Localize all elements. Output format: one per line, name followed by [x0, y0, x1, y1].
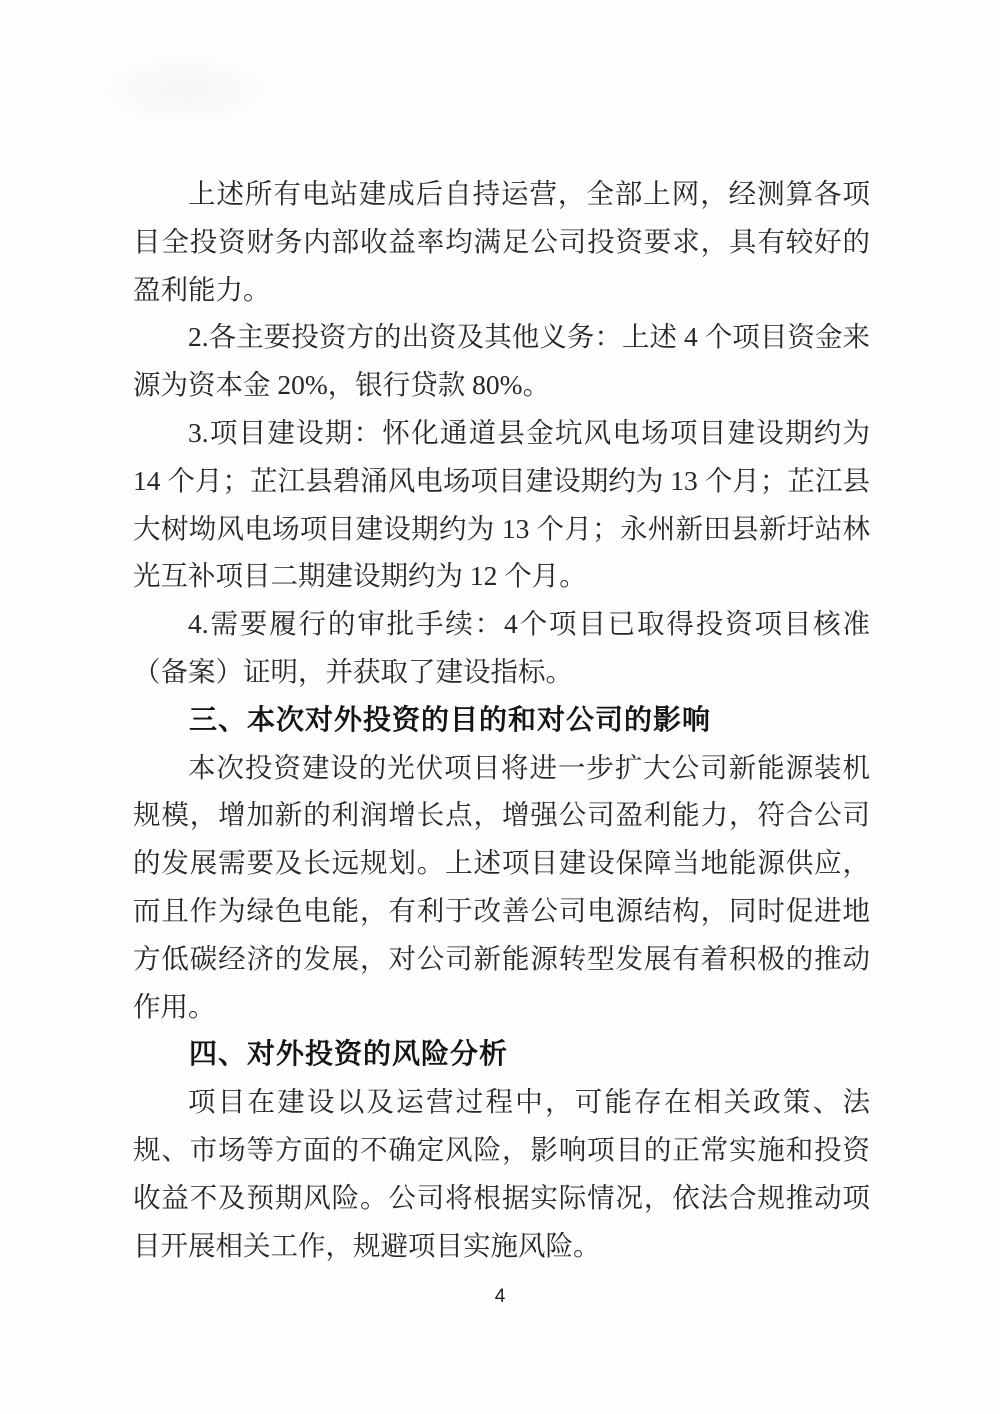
page-footer: 4: [0, 1286, 1000, 1308]
paragraph-3-construction-periods: 3.项目建设期：怀化通道县金坑风电场项目建设期约为 14 个月；芷江县碧涌风电场…: [133, 409, 870, 600]
page-number: 4: [495, 1286, 506, 1307]
heading-section-4-risk-analysis: 四、对外投资的风险分析: [133, 1030, 870, 1078]
paragraph-plants-self-operation: 上述所有电站建成后自持运营，全部上网，经测算各项目全投资财务内部收益率均满足公司…: [133, 170, 870, 313]
paragraph-2-investor-funding-obligations: 2.各主要投资方的出资及其他义务：上述 4 个项目资金来源为资本金 20%，银行…: [133, 313, 870, 409]
document-page: 上述所有电站建成后自持运营，全部上网，经测算各项目全投资财务内部收益率均满足公司…: [0, 0, 1000, 1414]
heading-section-3-investment-purpose: 三、本次对外投资的目的和对公司的影响: [133, 696, 870, 744]
document-body: 上述所有电站建成后自持运营，全部上网，经测算各项目全投资财务内部收益率均满足公司…: [133, 170, 870, 1269]
paragraph-4-approval-procedures: 4.需要履行的审批手续：4个项目已取得投资项目核准（备案）证明，并获取了建设指标…: [133, 600, 870, 696]
scan-smudge-artifact: [90, 50, 280, 130]
paragraph-risk-analysis: 项目在建设以及运营过程中，可能存在相关政策、法规、市场等方面的不确定风险，影响项…: [133, 1078, 870, 1269]
paragraph-investment-purpose-impact: 本次投资建设的光伏项目将进一步扩大公司新能源装机规模，增加新的利润增长点，增强公…: [133, 744, 870, 1031]
